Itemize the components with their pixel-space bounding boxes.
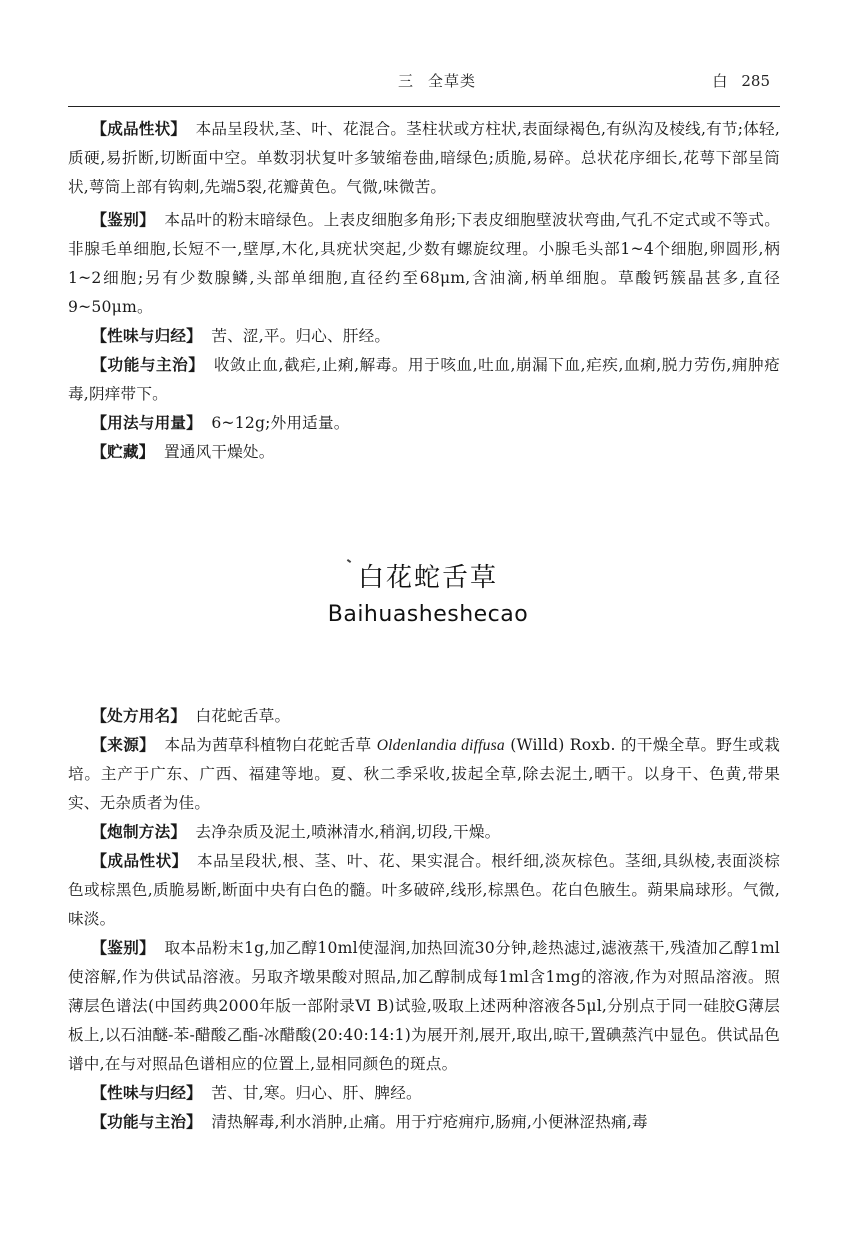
previous-entry: 【成品性状】本品呈段状,茎、叶、花混合。茎柱状或方柱状,表面绿褐色,有纵沟及棱线… bbox=[68, 115, 780, 467]
paragraph-appearance: 【成品性状】本品呈段状,根、茎、叶、花、果实混合。根纤细,淡灰棕色。茎细,具纵棱… bbox=[68, 847, 780, 934]
entry-title: 白花蛇舌草 bbox=[0, 560, 856, 596]
paragraph-functions: 【功能与主治】清热解毒,利水消肿,止痛。用于疔疮痈疖,肠痈,小便淋涩热痛,毒 bbox=[68, 1108, 780, 1137]
paragraph-text: 取本品粉末1g,加乙醇10ml使湿润,加热回流30分钟,趁热滤过,滤液蒸干,残渣… bbox=[68, 939, 780, 1073]
paragraph-source: 【来源】本品为茜草科植物白花蛇舌草 Oldenlandia diffusa (W… bbox=[68, 731, 780, 818]
paragraph-label: 【贮藏】 bbox=[91, 443, 154, 461]
page-info: 白285 bbox=[712, 70, 770, 91]
section-heading: 三全草类 bbox=[398, 70, 476, 91]
paragraph-text: 本品叶的粉末暗绿色。上表皮细胞多角形;下表皮细胞壁波状弯曲,气孔不定式或不等式。… bbox=[68, 211, 780, 316]
paragraph-text: 苦、涩,平。归心、肝经。 bbox=[211, 327, 390, 345]
paragraph-label: 【炮制方法】 bbox=[91, 823, 186, 841]
paragraph-label: 【来源】 bbox=[91, 736, 155, 754]
paragraph-appearance: 【成品性状】本品呈段状,茎、叶、花混合。茎柱状或方柱状,表面绿褐色,有纵沟及棱线… bbox=[68, 115, 780, 202]
paragraph-dosage: 【用法与用量】6~12g;外用适量。 bbox=[68, 409, 780, 438]
paragraph-label: 【性味与归经】 bbox=[91, 1084, 202, 1102]
paragraph-label: 【鉴别】 bbox=[91, 211, 155, 229]
paragraph-label: 【用法与用量】 bbox=[91, 414, 202, 432]
paragraph-text: 置通风干燥处。 bbox=[164, 443, 275, 461]
latin-binomial: Oldenlandia diffusa bbox=[377, 737, 505, 754]
paragraph-text: 白花蛇舌草。 bbox=[196, 707, 291, 725]
paragraph-text: 清热解毒,利水消肿,止痛。用于疔疮痈疖,肠痈,小便淋涩热痛,毒 bbox=[211, 1113, 647, 1131]
paragraph-prescription-name: 【处方用名】白花蛇舌草。 bbox=[68, 702, 780, 731]
paragraph-text: 苦、甘,寒。归心、肝、脾经。 bbox=[211, 1084, 421, 1102]
entry-title-pinyin: Baihuasheshecao bbox=[0, 602, 856, 627]
page-number: 285 bbox=[741, 72, 770, 90]
paragraph-label: 【功能与主治】 bbox=[91, 1113, 202, 1131]
paragraph-processing: 【炮制方法】去净杂质及泥土,喷淋清水,稍润,切段,干燥。 bbox=[68, 818, 780, 847]
running-header: 三全草类 白285 bbox=[68, 66, 780, 92]
paragraph-nature-meridian: 【性味与归经】苦、涩,平。归心、肝经。 bbox=[68, 322, 780, 351]
entry-title-block: 白花蛇舌草 Baihuasheshecao bbox=[0, 560, 856, 627]
paragraph-text: 6~12g;外用适量。 bbox=[211, 414, 349, 432]
section-title: 全草类 bbox=[428, 72, 476, 90]
paragraph-identification: 【鉴别】取本品粉末1g,加乙醇10ml使湿润,加热回流30分钟,趁热滤过,滤液蒸… bbox=[68, 934, 780, 1079]
paragraph-text: 去净杂质及泥土,喷淋清水,稍润,切段,干燥。 bbox=[196, 823, 501, 841]
header-rule bbox=[68, 106, 780, 107]
section-number: 三 bbox=[398, 72, 414, 90]
paragraph-label: 【鉴别】 bbox=[91, 939, 155, 957]
paragraph-nature-meridian: 【性味与归经】苦、甘,寒。归心、肝、脾经。 bbox=[68, 1079, 780, 1108]
paragraph-label: 【性味与归经】 bbox=[91, 327, 202, 345]
chapter-char: 白 bbox=[712, 72, 727, 90]
entry-body: 【处方用名】白花蛇舌草。 【来源】本品为茜草科植物白花蛇舌草 Oldenland… bbox=[68, 702, 780, 1137]
paragraph-storage: 【贮藏】置通风干燥处。 bbox=[68, 438, 780, 467]
paragraph-functions: 【功能与主治】收敛止血,截疟,止痢,解毒。用于咳血,吐血,崩漏下血,疟疾,血痢,… bbox=[68, 351, 780, 409]
paragraph-label: 【成品性状】 bbox=[91, 852, 187, 870]
paragraph-label: 【功能与主治】 bbox=[91, 356, 204, 374]
paragraph-identification: 【鉴别】本品叶的粉末暗绿色。上表皮细胞多角形;下表皮细胞壁波状弯曲,气孔不定式或… bbox=[68, 206, 780, 322]
paragraph-text: 本品为茜草科植物白花蛇舌草 bbox=[164, 736, 376, 754]
paragraph-label: 【成品性状】 bbox=[91, 120, 186, 138]
paragraph-label: 【处方用名】 bbox=[91, 707, 186, 725]
